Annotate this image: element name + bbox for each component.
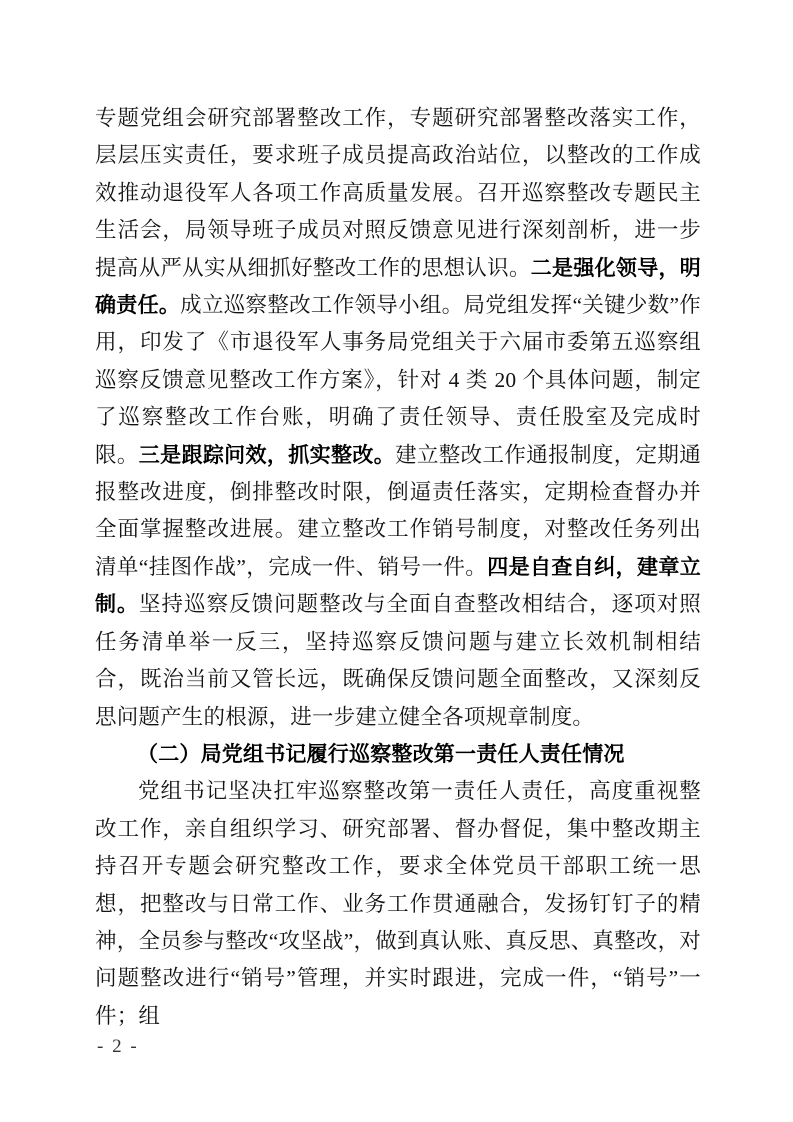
body-run-text: 成立巡察整改工作领导小组。局党组发挥“关键少数”作用，印发了《市退役军人事务局党… [95, 293, 701, 467]
document-page: 专题党组会研究部署整改工作，专题研究部署整改落实工作，层层压实责任，要求班子成员… [0, 0, 793, 1122]
body-run-text: 专题党组会研究部署整改工作，专题研究部署整改落实工作，层层压实责任，要求班子成员… [95, 106, 701, 280]
section-heading-secretary-responsibility: （二）局党组书记履行巡察整改第一责任人责任情况 [95, 736, 701, 773]
document-body: 专题党组会研究部署整改工作，专题研究部署整改落实工作，层层压实责任，要求班子成员… [95, 100, 701, 1035]
page-number: - 2 - [97, 1036, 139, 1058]
paragraph-rectification-measures: 专题党组会研究部署整改工作，专题研究部署整改落实工作，层层压实责任，要求班子成员… [95, 100, 701, 736]
bold-run-text: 三是跟踪问效，抓实整改。 [139, 444, 395, 467]
paragraph-secretary-responsibility: 党组书记坚决扛牢巡察整改第一责任人责任，高度重视整改工作，亲自组织学习、研究部署… [95, 773, 701, 1035]
body-run-text: 坚持巡察反馈问题整改与全面自查整改相结合，逐项对照任务清单举一反三，坚持巡察反馈… [95, 592, 701, 728]
